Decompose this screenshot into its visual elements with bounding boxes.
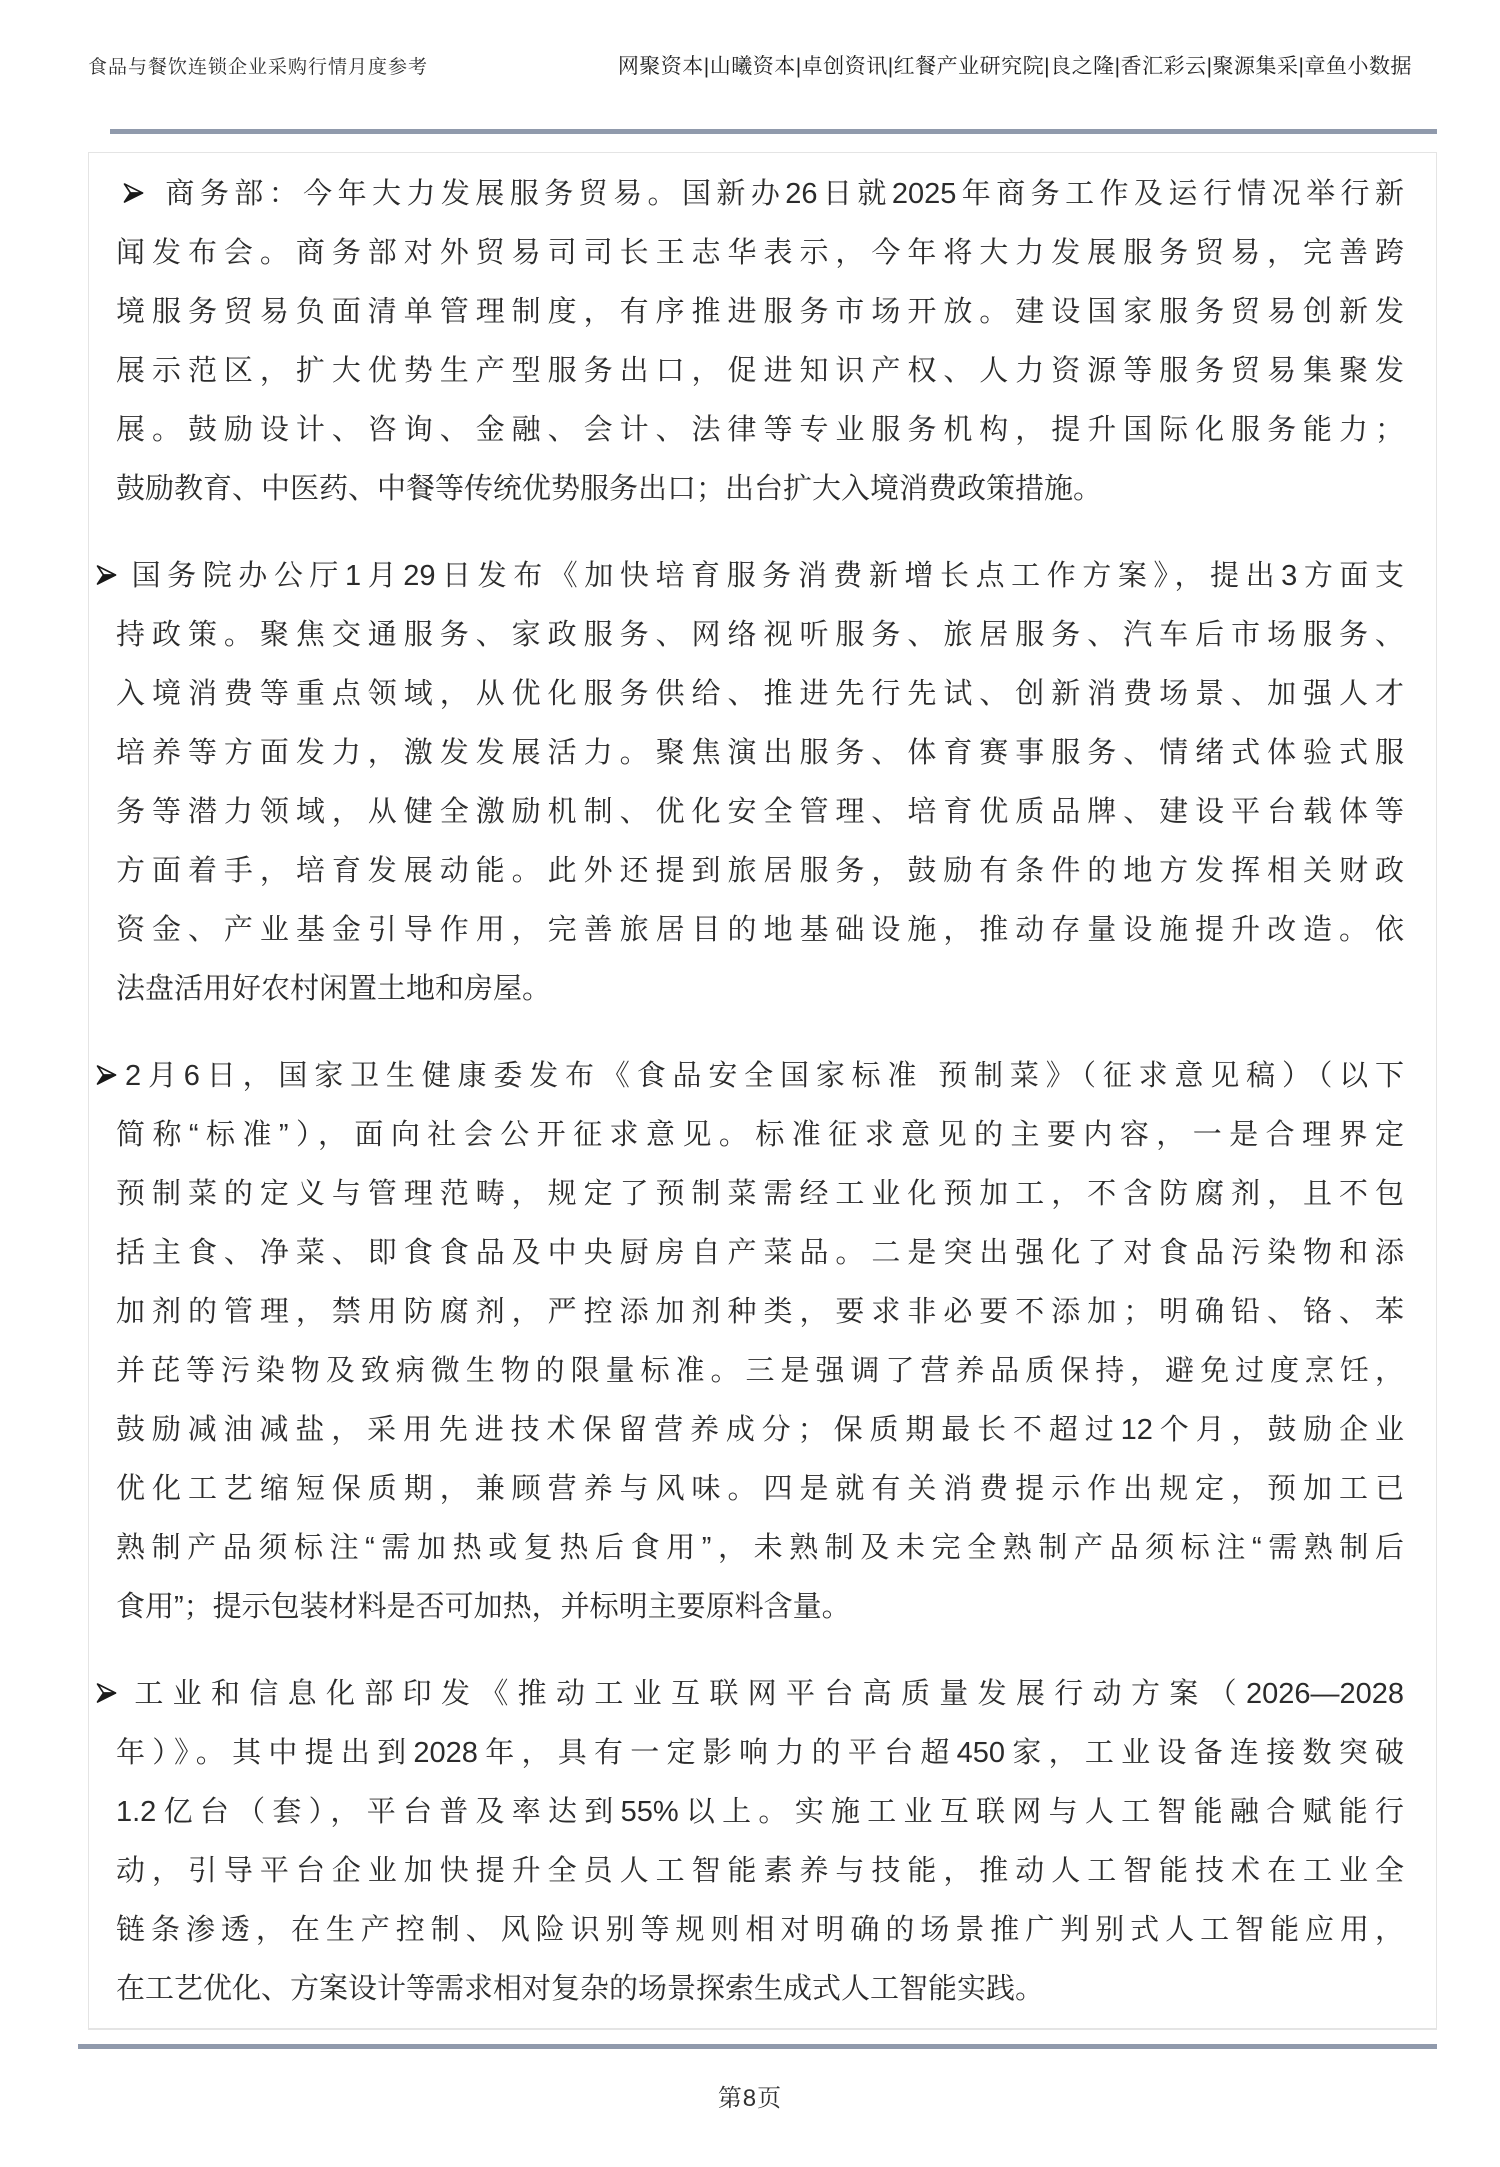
- paragraph-line: 食用”；提示包装材料是否可加热，并标明主要原料含量。: [89, 1578, 1436, 1637]
- paragraph-line: 动，引导平台企业加快提升全员人工智能素养与技能，推动人工智能技术在工业全: [89, 1842, 1436, 1901]
- page-number: 第8页: [0, 2078, 1500, 2113]
- page-header: 食品与餐饮连锁企业采购行情月度参考 网聚资本|山曦资本|卓创资讯|红餐产业研究院…: [88, 50, 1412, 80]
- bullet-arrow-icon: [96, 1682, 117, 1704]
- bullet-paragraph: 工业和信息化部印发《推动工业互联网平台高质量发展行动方案（2026—2028 年…: [89, 1665, 1436, 2019]
- footer-divider: [78, 2044, 1437, 2049]
- document-page: 食品与餐饮连锁企业采购行情月度参考 网聚资本|山曦资本|卓创资讯|红餐产业研究院…: [0, 0, 1500, 2167]
- paragraph-line: 国务院办公厅1月29日发布《加快培育服务消费新增长点工作方案》，提出3方面支: [89, 547, 1436, 606]
- paragraph-line: 入境消费等重点领域，从优化服务供给、推进先行先试、创新消费场景、加强人才: [89, 665, 1436, 724]
- paragraph-text: 2月6日，国家卫生健康委发布《食品安全国家标准 预制菜》（征求意见稿）（以下: [125, 1060, 1404, 1092]
- paragraph-line: 年）》。其中提出到2028年，具有一定影响力的平台超450家，工业设备连接数突破: [89, 1724, 1436, 1783]
- paragraph-line: 加剂的管理，禁用防腐剂，严控添加剂种类，要求非必要不添加；明确铅、铬、苯: [89, 1283, 1436, 1342]
- paragraph-line: 展示范区，扩大优势生产型服务出口，促进知识产权、人力资源等服务贸易集聚发: [89, 342, 1436, 401]
- paragraph-line: 闻发布会。商务部对外贸易司司长王志华表示，今年将大力发展服务贸易，完善跨: [89, 224, 1436, 283]
- paragraph-line: 资金、产业基金引导作用，完善旅居目的地基础设施，推动存量设施提升改造。依: [89, 901, 1436, 960]
- paragraph-line: 培养等方面发力，激发发展活力。聚焦演出服务、体育赛事服务、情绪式体验式服: [89, 724, 1436, 783]
- paragraph-text: 国务院办公厅1月29日发布《加快培育服务消费新增长点工作方案》，提出3方面支: [125, 560, 1404, 592]
- paragraph-line: 优化工艺缩短保质期，兼顾营养与风味。四是就有关消费提示作出规定，预加工已: [89, 1460, 1436, 1519]
- paragraph-line: 境服务贸易负面清单管理制度，有序推进服务市场开放。建设国家服务贸易创新发: [89, 283, 1436, 342]
- bullet-paragraph: 商务部：今年大力发展服务贸易。国新办26日就2025年商务工作及运行情况举行新 …: [89, 165, 1436, 519]
- paragraph-line: 展。鼓励设计、咨询、金融、会计、法律等专业服务机构，提升国际化服务能力；: [89, 401, 1436, 460]
- paragraph-line: 括主食、净菜、即食食品及中央厨房自产菜品。二是突出强化了对食品污染物和添: [89, 1224, 1436, 1283]
- header-divider: [110, 129, 1437, 134]
- paragraph-line: 并芘等污染物及致病微生物的限量标准。三是强调了营养品质保持，避免过度烹饪，: [89, 1342, 1436, 1401]
- paragraph-line: 工业和信息化部印发《推动工业互联网平台高质量发展行动方案（2026—2028: [89, 1665, 1436, 1724]
- paragraph-line: 在工艺优化、方案设计等需求相对复杂的场景探索生成式人工智能实践。: [89, 1960, 1436, 2019]
- paragraph-line: 方面着手，培育发展动能。此外还提到旅居服务，鼓励有条件的地方发挥相关财政: [89, 842, 1436, 901]
- paragraph-line: 简称“标准”），面向社会公开征求意见。标准征求意见的主要内容，一是合理界定: [89, 1106, 1436, 1165]
- paragraph-line: 务等潜力领域，从健全激励机制、优化安全管理、培育优质品牌、建设平台载体等: [89, 783, 1436, 842]
- paragraph-line: 链条渗透，在生产控制、风险识别等规则相对明确的场景推广判别式人工智能应用，: [89, 1901, 1436, 1960]
- paragraph-line: 预制菜的定义与管理范畴，规定了预制菜需经工业化预加工，不含防腐剂，且不包: [89, 1165, 1436, 1224]
- paragraph-line: 1.2亿台（套），平台普及率达到55%以上。实施工业互联网与人工智能融合赋能行: [89, 1783, 1436, 1842]
- content-body: 商务部：今年大力发展服务贸易。国新办26日就2025年商务工作及运行情况举行新 …: [88, 152, 1437, 2030]
- paragraph-line: 2月6日，国家卫生健康委发布《食品安全国家标准 预制菜》（征求意见稿）（以下: [89, 1047, 1436, 1106]
- bullet-paragraph: 2月6日，国家卫生健康委发布《食品安全国家标准 预制菜》（征求意见稿）（以下 简…: [89, 1047, 1436, 1637]
- bullet-arrow-icon: [96, 1064, 117, 1086]
- bullet-arrow-icon: [96, 564, 117, 586]
- bullet-arrow-icon: [123, 182, 144, 204]
- paragraph-line: 鼓励减油减盐，采用先进技术保留营养成分；保质期最长不超过12个月，鼓励企业: [89, 1401, 1436, 1460]
- paragraph-text: 商务部：今年大力发展服务贸易。国新办26日就2025年商务工作及运行情况举行新: [160, 178, 1404, 210]
- bullet-paragraph: 国务院办公厅1月29日发布《加快培育服务消费新增长点工作方案》，提出3方面支 持…: [89, 547, 1436, 1019]
- header-left-title: 食品与餐饮连锁企业采购行情月度参考: [88, 52, 428, 79]
- paragraph-line: 鼓励教育、中医药、中餐等传统优势服务出口；出台扩大入境消费政策措施。: [89, 460, 1436, 519]
- header-right-brands: 网聚资本|山曦资本|卓创资讯|红餐产业研究院|良之隆|香汇彩云|聚源集采|章鱼小…: [618, 50, 1412, 80]
- paragraph-line: 持政策。聚焦交通服务、家政服务、网络视听服务、旅居服务、汽车后市场服务、: [89, 606, 1436, 665]
- paragraph-line: 法盘活用好农村闲置土地和房屋。: [89, 960, 1436, 1019]
- paragraph-text: 工业和信息化部印发《推动工业互联网平台高质量发展行动方案（2026—2028: [125, 1678, 1404, 1710]
- paragraph-line: 熟制产品须标注“需加热或复热后食用”，未熟制及未完全熟制产品须标注“需熟制后: [89, 1519, 1436, 1578]
- paragraph-line: 商务部：今年大力发展服务贸易。国新办26日就2025年商务工作及运行情况举行新: [89, 165, 1436, 224]
